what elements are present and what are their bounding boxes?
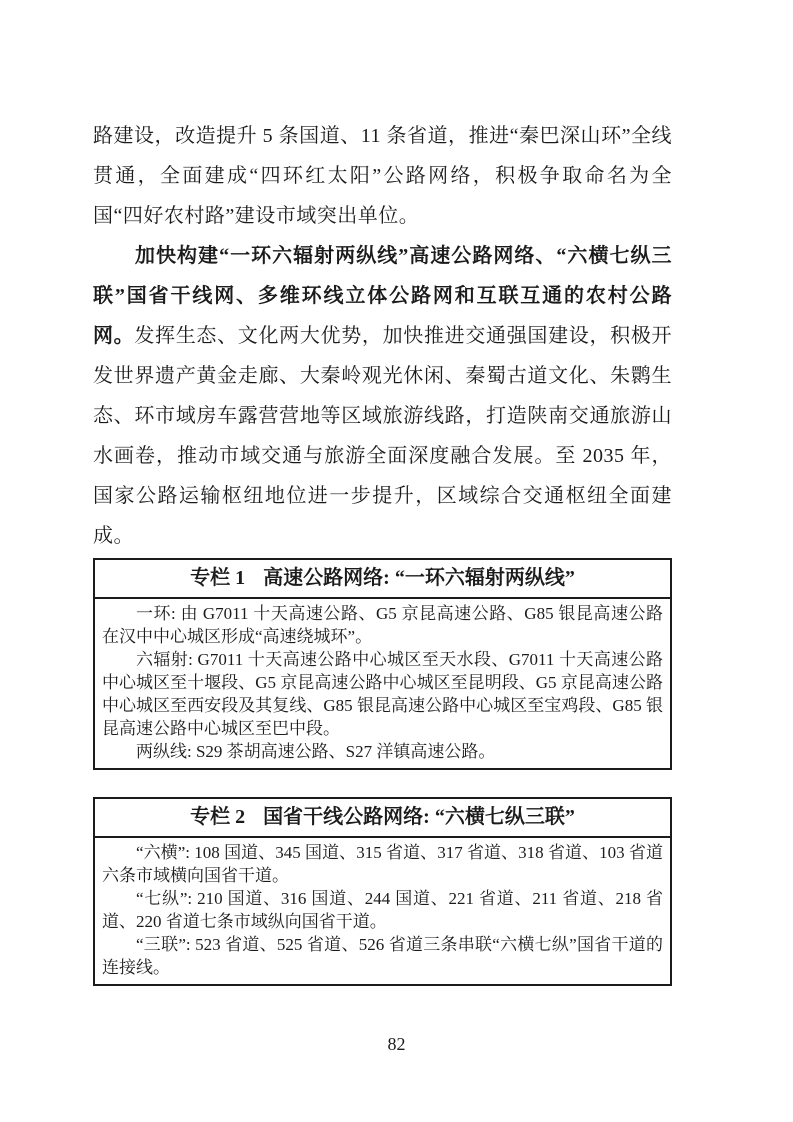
page-number: 82 xyxy=(0,1034,793,1055)
box-trunk-label: 专栏 2 xyxy=(190,806,245,828)
box-expressway-item-ring: 一环: 由 G7011 十天高速公路、G5 京昆高速公路、G85 银昆高速公路在… xyxy=(102,602,663,648)
box-expressway-heading: 高速公路网络: “一环六辐射两纵线” xyxy=(263,567,575,589)
box-expressway-item-verticals: 两纵线: S29 茶胡高速公路、S27 洋镇高速公路。 xyxy=(102,740,663,763)
box-trunk-item-vertical: “七纵”: 210 国道、316 国道、244 国道、221 省道、211 省道… xyxy=(102,887,663,933)
paragraph-rural-roads: 路建设，改造提升 5 条国道、11 条省道，推进“秦巴深山环”全线贯通，全面建成… xyxy=(93,116,672,236)
document-page: 路建设，改造提升 5 条国道、11 条省道，推进“秦巴深山环”全线贯通，全面建成… xyxy=(0,0,793,1122)
box-expressway-title-row: 专栏 1高速公路网络: “一环六辐射两纵线” xyxy=(95,560,670,599)
box-trunk-heading: 国省干线公路网络: “六横七纵三联” xyxy=(263,806,575,828)
box-expressway-item-radials: 六辐射: G7011 十天高速公路中心城区至天水段、G7011 十天高速公路中心… xyxy=(102,648,663,740)
box-expressway-label: 专栏 1 xyxy=(190,567,245,589)
box-trunk-item-connectors: “三联”: 523 省道、525 省道、526 省道三条串联“六横七纵”国省干道… xyxy=(102,933,663,979)
paragraph-network-plan-body: 发挥生态、文化两大优势，加快推进交通强国建设，积极开发世界遗产黄金走廊、大秦岭观… xyxy=(93,325,672,547)
text-column: 路建设，改造提升 5 条国道、11 条省道，推进“秦巴深山环”全线贯通，全面建成… xyxy=(93,116,672,986)
paragraph-network-plan: 加快构建“一环六辐射两纵线”高速公路网络、“六横七纵三联”国省干线网、多维环线立… xyxy=(93,236,672,556)
box-trunk-body: “六横”: 108 国道、345 国道、315 省道、317 省道、318 省道… xyxy=(95,838,670,984)
box-trunk-title-row: 专栏 2国省干线公路网络: “六横七纵三联” xyxy=(95,799,670,838)
box-expressway-body: 一环: 由 G7011 十天高速公路、G5 京昆高速公路、G85 银昆高速公路在… xyxy=(95,599,670,768)
box-trunk-road-network: 专栏 2国省干线公路网络: “六横七纵三联” “六横”: 108 国道、345 … xyxy=(93,797,672,986)
box-trunk-item-horizontal: “六横”: 108 国道、345 国道、315 省道、317 省道、318 省道… xyxy=(102,841,663,887)
box-expressway-network: 专栏 1高速公路网络: “一环六辐射两纵线” 一环: 由 G7011 十天高速公… xyxy=(93,558,672,770)
